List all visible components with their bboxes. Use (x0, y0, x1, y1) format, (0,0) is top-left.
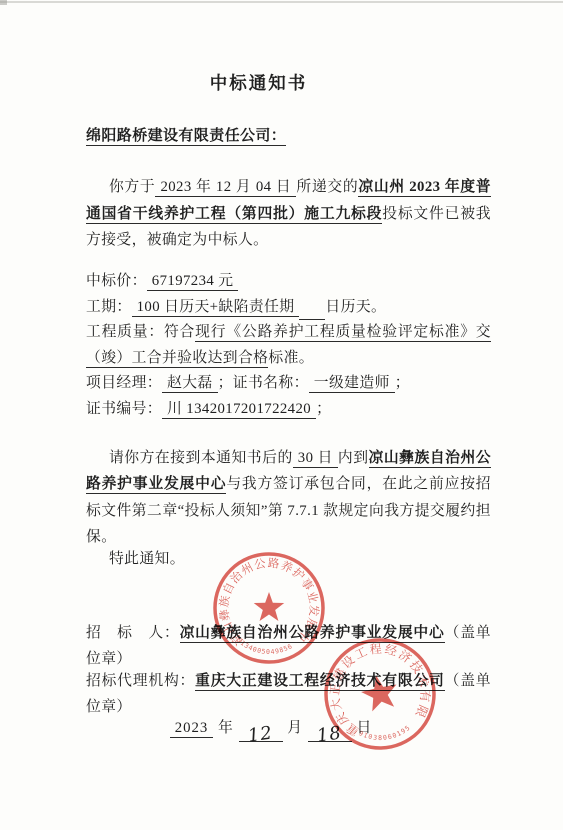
quality-suffix: 标准。 (268, 350, 314, 366)
tenderer-label: 招 标 人： (86, 625, 180, 641)
field-manager: 项目经理：赵大磊；证书名称：一级建造师； (86, 371, 491, 397)
para2-mid: 内到 (338, 450, 369, 466)
agency-label: 招标代理机构： (86, 673, 195, 689)
field-duration: 工期：100 日历天+缺陷责任期日历天。 (86, 295, 491, 321)
seal2-star-icon (358, 672, 400, 713)
cert-no-label: 证书编号： (86, 401, 162, 417)
cert-no-value: 川 1342017201722420 (162, 401, 316, 419)
date-year: 2023 (170, 720, 214, 738)
cert-name-suffix: ； (395, 375, 410, 391)
scan-artifact-line (0, 1, 563, 3)
field-quality: 工程质量：符合现行《公路养护工程质量检验评定标准》交（竣）工合并验收达到合格标准… (86, 320, 491, 371)
award-fields: 中标价：67197234 元 工期：100 日历天+缺陷责任期日历天。 工程质量… (86, 269, 491, 423)
agency-seal-stamp: 重庆大正建设工程经济技术有限公司 91038060195 (291, 605, 469, 783)
para1-prefix: 你方于 (109, 179, 156, 195)
duration-value: 100 日历天+缺陷责任期 (132, 299, 300, 317)
price-value: 67197234 元 (147, 273, 239, 291)
scan-artifact-corner (0, 0, 7, 5)
duration-suffix: 日历天。 (325, 299, 386, 315)
field-cert-no: 证书编号：川 1342017201722420； (86, 397, 491, 423)
notice-document: 中标通知书 绵阳路桥建设有限责任公司： 你方于2023 年 12 月 04 日所… (0, 0, 563, 830)
contract-days: 30 日 (293, 450, 338, 468)
seal1-ring-text: 凉山彝族自治州公路养护事业发展中心 (194, 533, 321, 648)
recipient-name: 绵阳路桥建设有限责任公司： (86, 128, 286, 146)
paragraph-award: 你方于2023 年 12 月 04 日所递交的凉山州 2023 年度普通国省干线… (86, 174, 491, 254)
cert-name-value: 一级建造师 (309, 375, 395, 393)
quality-label: 工程质量：符合 (86, 324, 195, 340)
submit-date: 2023 年 12 月 04 日 (155, 179, 296, 197)
cert-no-suffix: ； (316, 401, 331, 417)
field-price: 中标价：67197234 元 (86, 269, 491, 295)
document-title: 中标通知书 (86, 70, 431, 96)
duration-blank (299, 303, 325, 320)
duration-label: 工期： (86, 299, 132, 315)
seal1-star-icon (254, 592, 284, 621)
svg-text:凉山彝族自治州公路养护事业发展中心: 凉山彝族自治州公路养护事业发展中心 (194, 533, 321, 648)
cert-name-label: ；证书名称： (218, 375, 309, 391)
recipient-line: 绵阳路桥建设有限责任公司： (86, 123, 491, 149)
para1-mid: 所递交的 (296, 179, 358, 195)
manager-value: 赵大磊 (162, 375, 218, 393)
date-month-handwritten: 12 (247, 725, 274, 746)
date-year-label: 年 (218, 720, 234, 736)
date-month-slot: 12 (239, 723, 283, 742)
para2-prefix: 请你方在接到本通知书后的 (109, 450, 293, 466)
manager-label: 项目经理： (86, 375, 162, 391)
date-month-label: 月 (287, 720, 303, 736)
price-label: 中标价： (86, 273, 147, 289)
